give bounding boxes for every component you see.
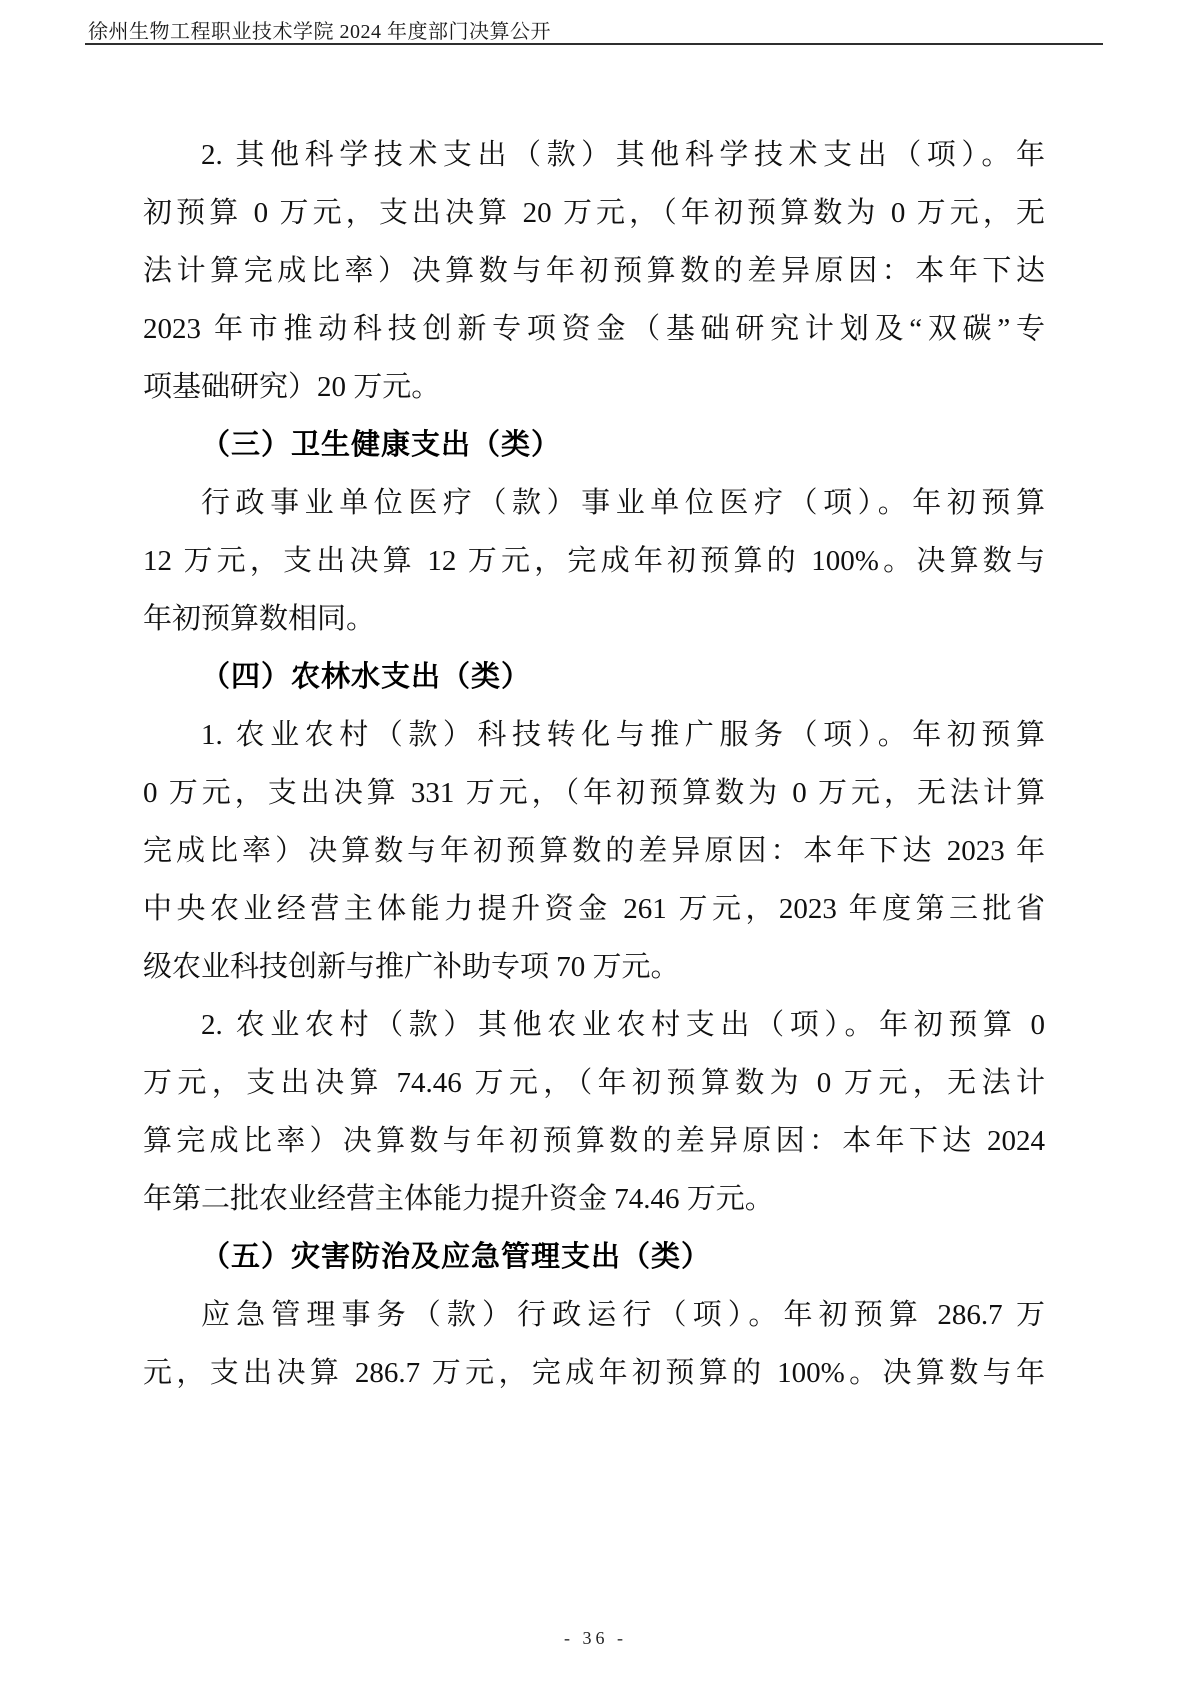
text-line: 行政事业单位医疗（款）事业单位医疗（项）。年初预算	[143, 474, 1045, 532]
text-line: 法计算完成比率）决算数与年初预算数的差异原因：本年下达	[143, 242, 1045, 300]
text-line: 1. 农业农村（款）科技转化与推广服务（项）。年初预算	[143, 706, 1045, 764]
section-heading-health-expenditure: （三）卫生健康支出（类）	[143, 416, 1045, 474]
text-line: 2. 其他科学技术支出（款）其他科学技术支出（项）。年	[143, 126, 1045, 184]
text-line: 完成比率）决算数与年初预算数的差异原因：本年下达 2023 年	[143, 822, 1045, 880]
text-line: 项基础研究）20 万元。	[143, 358, 1045, 416]
text-line: 0 万元，支出决算 331 万元，（年初预算数为 0 万元，无法计算	[143, 764, 1045, 822]
text-line: 中央农业经营主体能力提升资金 261 万元，2023 年度第三批省	[143, 880, 1045, 938]
document-header: 徐州生物工程职业技术学院 2024 年度部门决算公开	[88, 15, 1106, 44]
text-line: 应急管理事务（款）行政运行（项）。年初预算 286.7 万	[143, 1286, 1045, 1344]
paragraph-other-science-expenditure: 2. 其他科学技术支出（款）其他科学技术支出（项）。年 初预算 0 万元，支出决…	[143, 126, 1045, 416]
page-number: - 36 -	[0, 1628, 1191, 1649]
text-line: 级农业科技创新与推广补助专项 70 万元。	[143, 938, 1045, 996]
paragraph-emergency-management: 应急管理事务（款）行政运行（项）。年初预算 286.7 万 元，支出决算 286…	[143, 1286, 1045, 1402]
paragraph-other-agriculture-expenditure: 2. 农业农村（款）其他农业农村支出（项）。年初预算 0 万元，支出决算 74.…	[143, 996, 1045, 1228]
paragraph-agriculture-tech-service: 1. 农业农村（款）科技转化与推广服务（项）。年初预算 0 万元，支出决算 33…	[143, 706, 1045, 996]
text-line: 算完成比率）决算数与年初预算数的差异原因：本年下达 2024	[143, 1112, 1045, 1170]
header-rule	[85, 43, 1103, 45]
text-line: 2023 年市推动科技创新专项资金（基础研究计划及“双碳”专	[143, 300, 1045, 358]
text-line: 2. 农业农村（款）其他农业农村支出（项）。年初预算 0	[143, 996, 1045, 1054]
text-line: 万元，支出决算 74.46 万元，（年初预算数为 0 万元，无法计	[143, 1054, 1045, 1112]
text-line: 初预算 0 万元，支出决算 20 万元，（年初预算数为 0 万元，无	[143, 184, 1045, 242]
text-line: 年第二批农业经营主体能力提升资金 74.46 万元。	[143, 1170, 1045, 1228]
document-page: 徐州生物工程职业技术学院 2024 年度部门决算公开 2. 其他科学技术支出（款…	[0, 0, 1191, 1684]
paragraph-medical-expenditure: 行政事业单位医疗（款）事业单位医疗（项）。年初预算 12 万元，支出决算 12 …	[143, 474, 1045, 648]
document-header-title: 徐州生物工程职业技术学院 2024 年度部门决算公开	[88, 21, 551, 43]
document-body: 2. 其他科学技术支出（款）其他科学技术支出（项）。年 初预算 0 万元，支出决…	[143, 126, 1045, 1402]
text-line: 元，支出决算 286.7 万元，完成年初预算的 100%。决算数与年	[143, 1344, 1045, 1402]
section-heading-agriculture-expenditure: （四）农林水支出（类）	[143, 648, 1045, 706]
text-line: 12 万元，支出决算 12 万元，完成年初预算的 100%。决算数与	[143, 532, 1045, 590]
text-line: 年初预算数相同。	[143, 590, 1045, 648]
section-heading-emergency-expenditure: （五）灾害防治及应急管理支出（类）	[143, 1228, 1045, 1286]
